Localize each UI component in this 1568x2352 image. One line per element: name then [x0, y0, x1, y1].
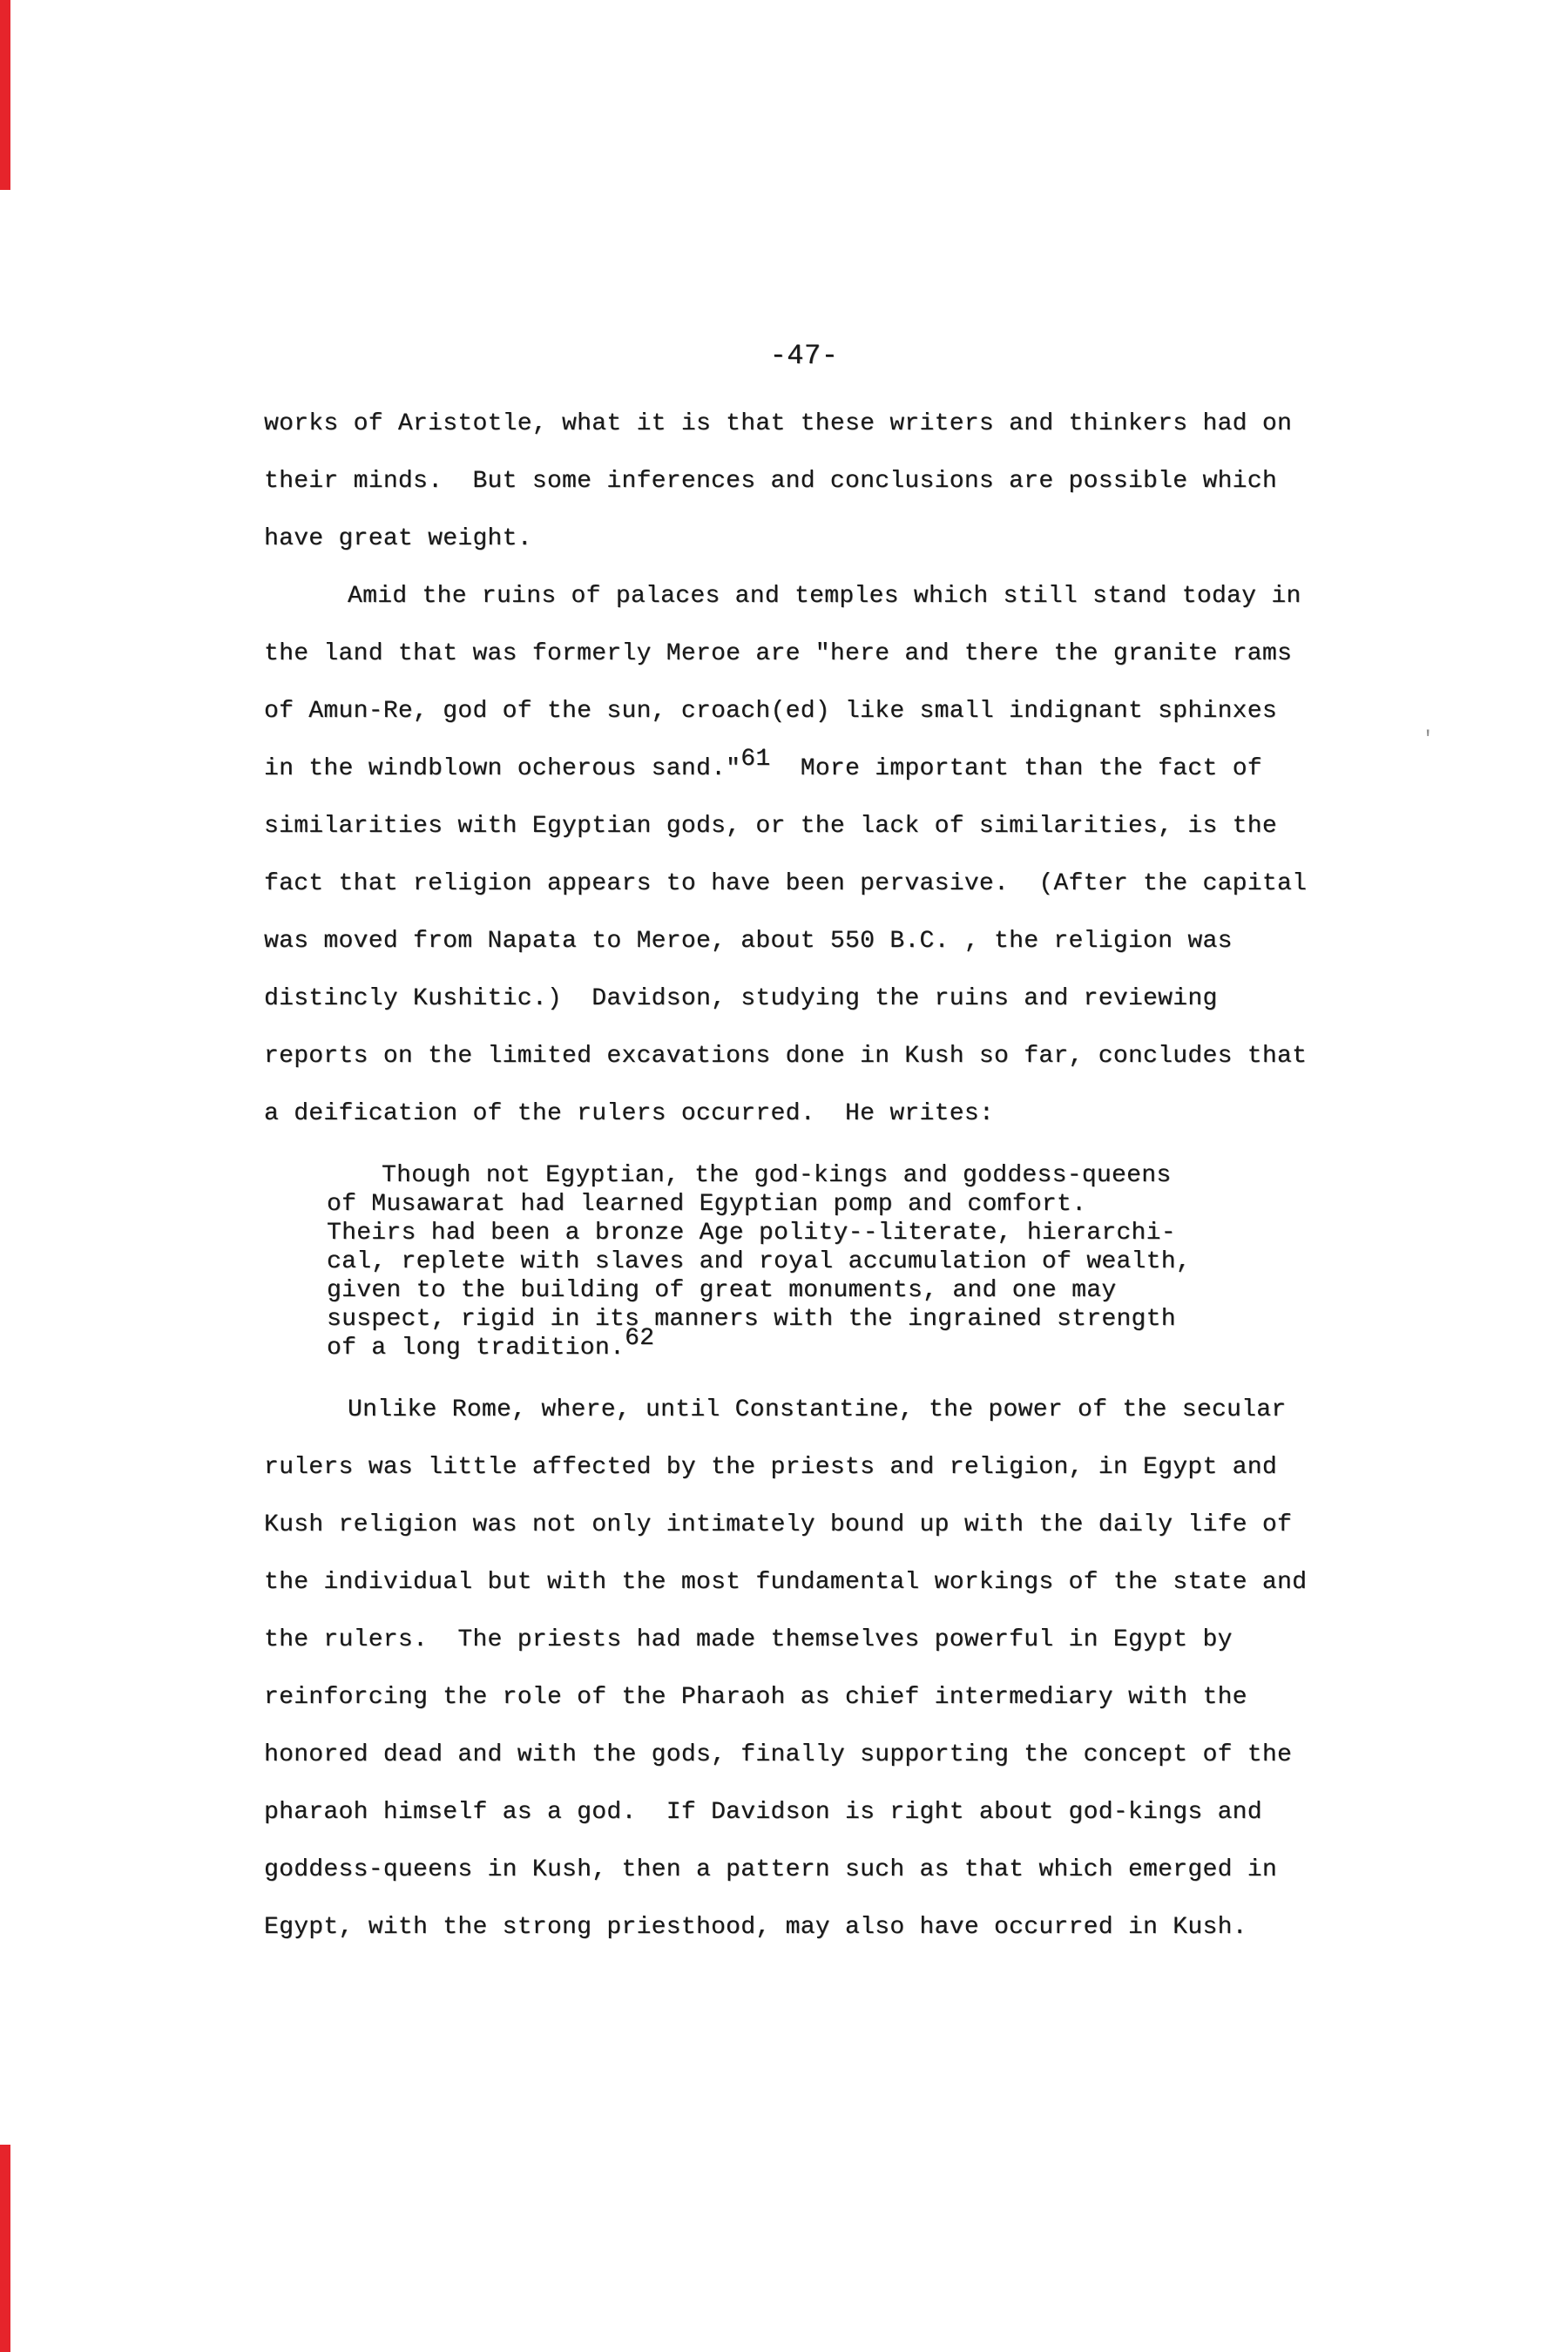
scanned-document-page: { "page": { "number_label": "-47-", "str… [0, 0, 1568, 2352]
text-line: honored dead and with the gods, finally … [264, 1727, 1344, 1784]
text-line: Egypt, with the strong priesthood, may a… [264, 1899, 1344, 1957]
text-line: of Musawarat had learned Egyptian pomp a… [327, 1190, 1285, 1219]
text-line: works of Aristotle, what it is that thes… [264, 395, 1344, 453]
text-line: given to the building of great monuments… [327, 1276, 1285, 1305]
text-line: in the windblown ocherous sand."61 More … [264, 740, 1344, 798]
paragraph-2: Amid the ruins of palaces and temples wh… [264, 568, 1344, 1143]
page-number: -47- [264, 328, 1344, 385]
block-quote: Though not Egyptian, the god-kings and g… [327, 1161, 1285, 1362]
text-line: goddess-queens in Kush, then a pattern s… [264, 1842, 1344, 1899]
text-line: their minds. But some inferences and con… [264, 453, 1344, 510]
text-line: suspect, rigid in its manners with the i… [327, 1305, 1285, 1334]
text-line: distincly Kushitic.) Davidson, studying … [264, 970, 1344, 1028]
text-line: was moved from Napata to Meroe, about 55… [264, 913, 1344, 970]
text-line: reinforcing the role of the Pharaoh as c… [264, 1669, 1344, 1727]
text-line: Unlike Rome, where, until Constantine, t… [264, 1382, 1344, 1439]
text-line: Though not Egyptian, the god-kings and g… [327, 1161, 1285, 1190]
text-line: the individual but with the most fundame… [264, 1554, 1344, 1612]
text-line: have great weight. [264, 510, 1344, 568]
scan-edge-mark-top [0, 0, 10, 190]
text-line: reports on the limited excavations done … [264, 1028, 1344, 1085]
text-line: the land that was formerly Meroe are "he… [264, 625, 1344, 683]
text-line: fact that religion appears to have been … [264, 855, 1344, 913]
stray-scan-mark: ' [1422, 728, 1434, 752]
text-line: cal, replete with slaves and royal accum… [327, 1247, 1285, 1276]
footnote-superscript: 61 [740, 746, 770, 773]
text-line: rulers was little affected by the priest… [264, 1439, 1344, 1497]
paragraph-1: works of Aristotle, what it is that thes… [264, 395, 1344, 568]
scan-edge-mark-bottom [0, 2145, 10, 2352]
text-line: a deification of the rulers occurred. He… [264, 1085, 1344, 1143]
text-line: Theirs had been a bronze Age polity--lit… [327, 1219, 1285, 1247]
text-line: Kush religion was not only intimately bo… [264, 1497, 1344, 1554]
text-line: Amid the ruins of palaces and temples wh… [264, 568, 1344, 625]
footnote-superscript: 62 [625, 1325, 654, 1352]
text-line: similarities with Egyptian gods, or the … [264, 798, 1344, 855]
paragraph-3: Unlike Rome, where, until Constantine, t… [264, 1382, 1344, 1957]
text-line: the rulers. The priests had made themsel… [264, 1612, 1344, 1669]
text-line: pharaoh himself as a god. If Davidson is… [264, 1784, 1344, 1842]
text-line: of a long tradition.62 [327, 1334, 1285, 1362]
text-line: of Amun-Re, god of the sun, croach(ed) l… [264, 683, 1344, 740]
